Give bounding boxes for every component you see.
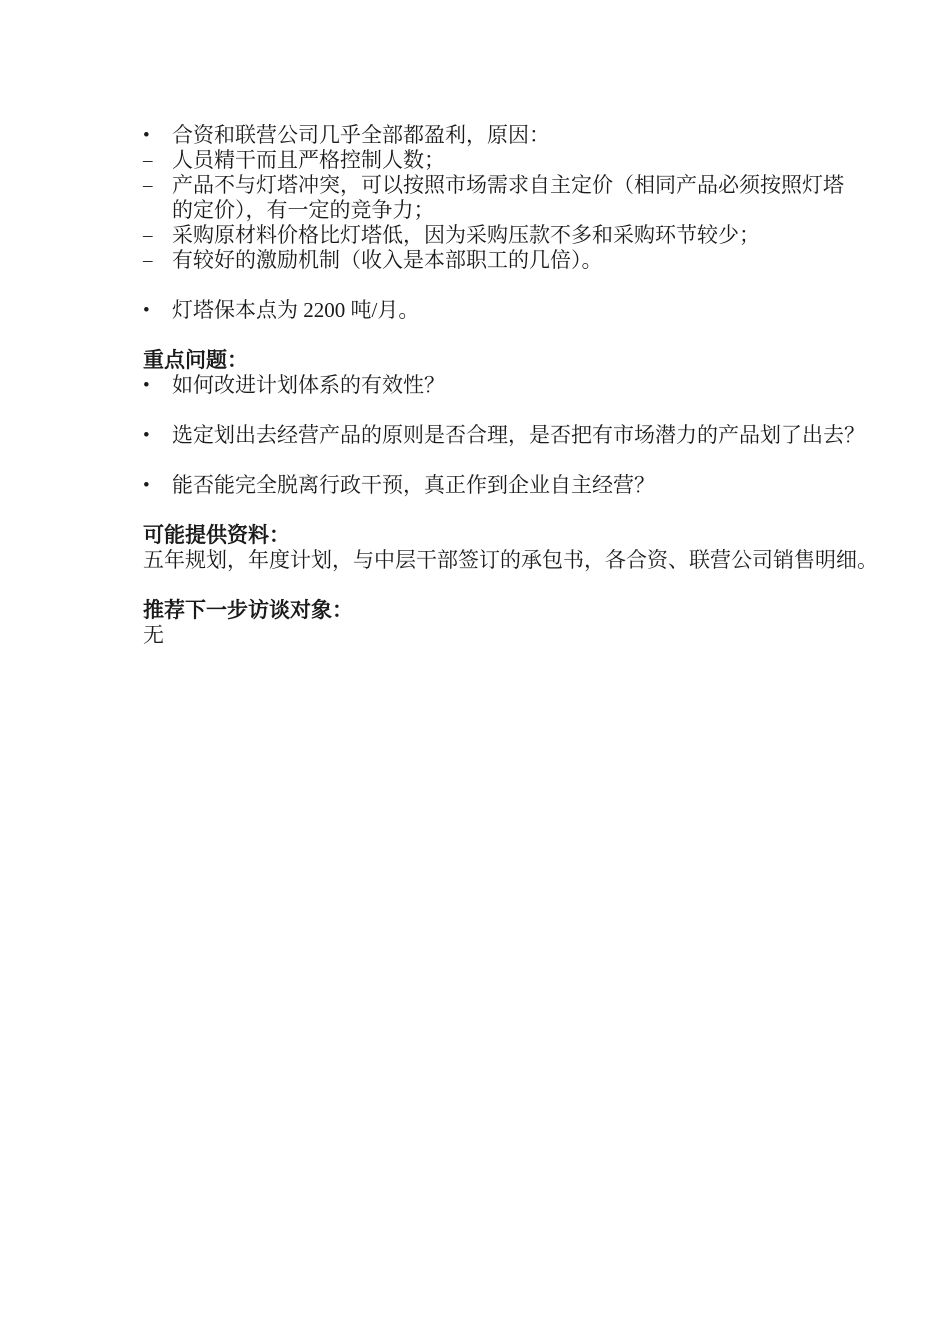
bullet-item-text: 能否能完全脱离行政干预，真正作到企业自主经营？ [172,473,655,498]
bullet-item: • 能否能完全脱离行政干预，真正作到企业自主经营？ [143,473,920,498]
dash-marker: – [143,148,172,173]
section-heading-available-materials: 可能提供资料： [143,523,920,548]
dash-item-text: 产品不与灯塔冲突，可以按照市场需求自主定价（相同产品必须按照灯塔 的定价），有一… [172,173,844,223]
bullet-marker: • [143,373,172,398]
bullet-item-text: 灯塔保本点为 2200 吨/月。 [172,298,419,323]
dash-marker: – [143,223,172,248]
bullet-item: • 如何改进计划体系的有效性？ [143,373,920,398]
paragraph-materials: 五年规划，年度计划，与中层干部签订的承包书，各合资、联营公司销售明细。 [143,548,920,573]
section-heading-next-interviewees: 推荐下一步访谈对象： [143,598,920,623]
dash-item: – 有较好的激励机制（收入是本部职工的几倍）。 [143,248,920,273]
bullet-marker: • [143,473,172,498]
bullet-item: • 选定划出去经营产品的原则是否合理，是否把有市场潜力的产品划了出去？ [143,423,920,448]
bullet-marker: • [143,123,172,148]
document-page: • 合资和联营公司几乎全部都盈利，原因： – 人员精干而且严格控制人数； – 产… [0,0,950,1344]
dash-item-text: 人员精干而且严格控制人数； [172,148,445,173]
document-content: • 合资和联营公司几乎全部都盈利，原因： – 人员精干而且严格控制人数； – 产… [143,123,920,648]
bullet-item-text: 选定划出去经营产品的原则是否合理，是否把有市场潜力的产品划了出去？ [172,423,865,448]
bullet-item-text: 如何改进计划体系的有效性？ [172,373,445,398]
dash-item-text: 采购原材料价格比灯塔低，因为采购压款不多和采购环节较少； [172,223,760,248]
dash-marker: – [143,173,172,198]
dash-marker: – [143,248,172,273]
bullet-item-text: 合资和联营公司几乎全部都盈利，原因： [172,123,550,148]
bullet-item: • 灯塔保本点为 2200 吨/月。 [143,298,920,323]
dash-item-text: 有较好的激励机制（收入是本部职工的几倍）。 [172,248,603,273]
dash-item: – 产品不与灯塔冲突，可以按照市场需求自主定价（相同产品必须按照灯塔 的定价），… [143,173,920,223]
paragraph-none: 无 [143,623,920,648]
dash-item: – 人员精干而且严格控制人数； [143,148,920,173]
bullet-item: • 合资和联营公司几乎全部都盈利，原因： [143,123,920,148]
bullet-marker: • [143,423,172,448]
bullet-marker: • [143,298,172,323]
dash-item: – 采购原材料价格比灯塔低，因为采购压款不多和采购环节较少； [143,223,920,248]
section-heading-key-questions: 重点问题： [143,348,920,373]
